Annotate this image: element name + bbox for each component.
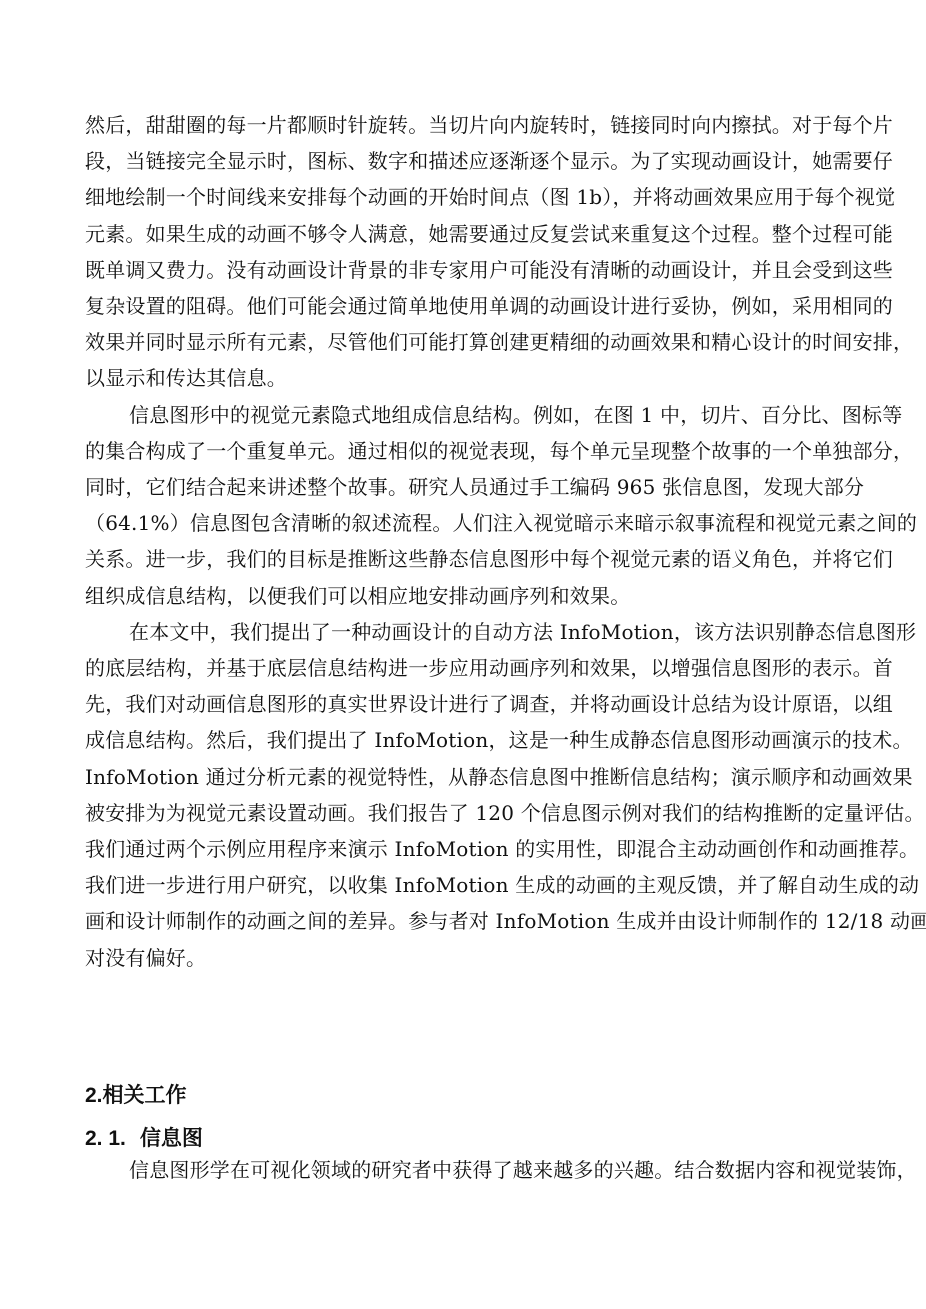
text-line: 对没有偏好。 (85, 940, 842, 976)
text-line: （64.1%）信息图包含清晰的叙述流程。人们注入视觉暗示来暗示叙事流程和视觉元素… (85, 505, 842, 541)
text-line: 被安排为为视觉元素设置动画。我们报告了 120 个信息图示例对我们的结构推断的定… (85, 795, 842, 831)
paragraph-3: 在本文中，我们提出了一种动画设计的自动方法 InfoMotion，该方法识别静态… (85, 614, 842, 976)
text-line: 画和设计师制作的动画之间的差异。参与者对 InfoMotion 生成并由设计师制… (85, 903, 842, 939)
subsection-body: 信息图形学在可视化领域的研究者中获得了越来越多的兴趣。结合数据内容和视觉装饰， (85, 1152, 842, 1188)
section-number: 2. (85, 1084, 103, 1107)
body-text: 然后，甜甜圈的每一片都顺时针旋转。当切片向内旋转时，链接同时向内擦拭。对于每个片… (85, 107, 842, 976)
text-line: 复杂设置的阻碍。他们可能会通过简单地使用单调的动画设计进行妥协，例如，采用相同的 (85, 288, 842, 324)
text-line: 的底层结构，并基于底层信息结构进一步应用动画序列和效果，以增强信息图形的表示。首 (85, 650, 842, 686)
paragraph-2: 信息图形中的视觉元素隐式地组成信息结构。例如，在图 1 中，切片、百分比、图标等… (85, 397, 842, 614)
subsection-number: 2. 1. (85, 1127, 126, 1150)
subsection-heading: 2. 1.信息图 (85, 1124, 203, 1154)
section-title: 相关工作 (103, 1084, 187, 1107)
paragraph-4: 信息图形学在可视化领域的研究者中获得了越来越多的兴趣。结合数据内容和视觉装饰， (85, 1152, 842, 1188)
text-line: 组织成信息结构，以便我们可以相应地安排动画序列和效果。 (85, 578, 842, 614)
text-line: 段，当链接完全显示时，图标、数字和描述应逐渐逐个显示。为了实现动画设计，她需要仔 (85, 143, 842, 179)
text-line: 信息图形学在可视化领域的研究者中获得了越来越多的兴趣。结合数据内容和视觉装饰， (85, 1152, 842, 1188)
text-line: 细地绘制一个时间线来安排每个动画的开始时间点（图 1b），并将动画效果应用于每个… (85, 179, 842, 215)
text-line: 同时，它们结合起来讲述整个故事。研究人员通过手工编码 965 张信息图，发现大部… (85, 469, 842, 505)
text-line: 的集合构成了一个重复单元。通过相似的视觉表现，每个单元呈现整个故事的一个单独部分… (85, 433, 842, 469)
text-line: 在本文中，我们提出了一种动画设计的自动方法 InfoMotion，该方法识别静态… (85, 614, 842, 650)
paragraph-1: 然后，甜甜圈的每一片都顺时针旋转。当切片向内旋转时，链接同时向内擦拭。对于每个片… (85, 107, 842, 397)
section-heading: 2.相关工作 (85, 1081, 187, 1111)
subsection-title: 信息图 (140, 1127, 203, 1150)
text-line: 元素。如果生成的动画不够令人满意，她需要通过反复尝试来重复这个过程。整个过程可能 (85, 216, 842, 252)
text-line: 成信息结构。然后，我们提出了 InfoMotion，这是一种生成静态信息图形动画… (85, 722, 842, 758)
text-line: 信息图形中的视觉元素隐式地组成信息结构。例如，在图 1 中，切片、百分比、图标等 (85, 397, 842, 433)
text-line: 我们进一步进行用户研究，以收集 InfoMotion 生成的动画的主观反馈，并了… (85, 867, 842, 903)
text-line: 先，我们对动画信息图形的真实世界设计进行了调查，并将动画设计总结为设计原语，以组 (85, 686, 842, 722)
text-line: InfoMotion 通过分析元素的视觉特性，从静态信息图中推断信息结构；演示顺… (85, 759, 842, 795)
text-line: 关系。进一步，我们的目标是推断这些静态信息图形中每个视觉元素的语义角色，并将它们 (85, 541, 842, 577)
text-line: 既单调又费力。没有动画设计背景的非专家用户可能没有清晰的动画设计，并且会受到这些 (85, 252, 842, 288)
text-line: 然后，甜甜圈的每一片都顺时针旋转。当切片向内旋转时，链接同时向内擦拭。对于每个片 (85, 107, 842, 143)
text-line: 我们通过两个示例应用程序来演示 InfoMotion 的实用性，即混合主动动画创… (85, 831, 842, 867)
text-line: 效果并同时显示所有元素，尽管他们可能打算创建更精细的动画效果和精心设计的时间安排… (85, 324, 842, 360)
text-line: 以显示和传达其信息。 (85, 360, 842, 396)
